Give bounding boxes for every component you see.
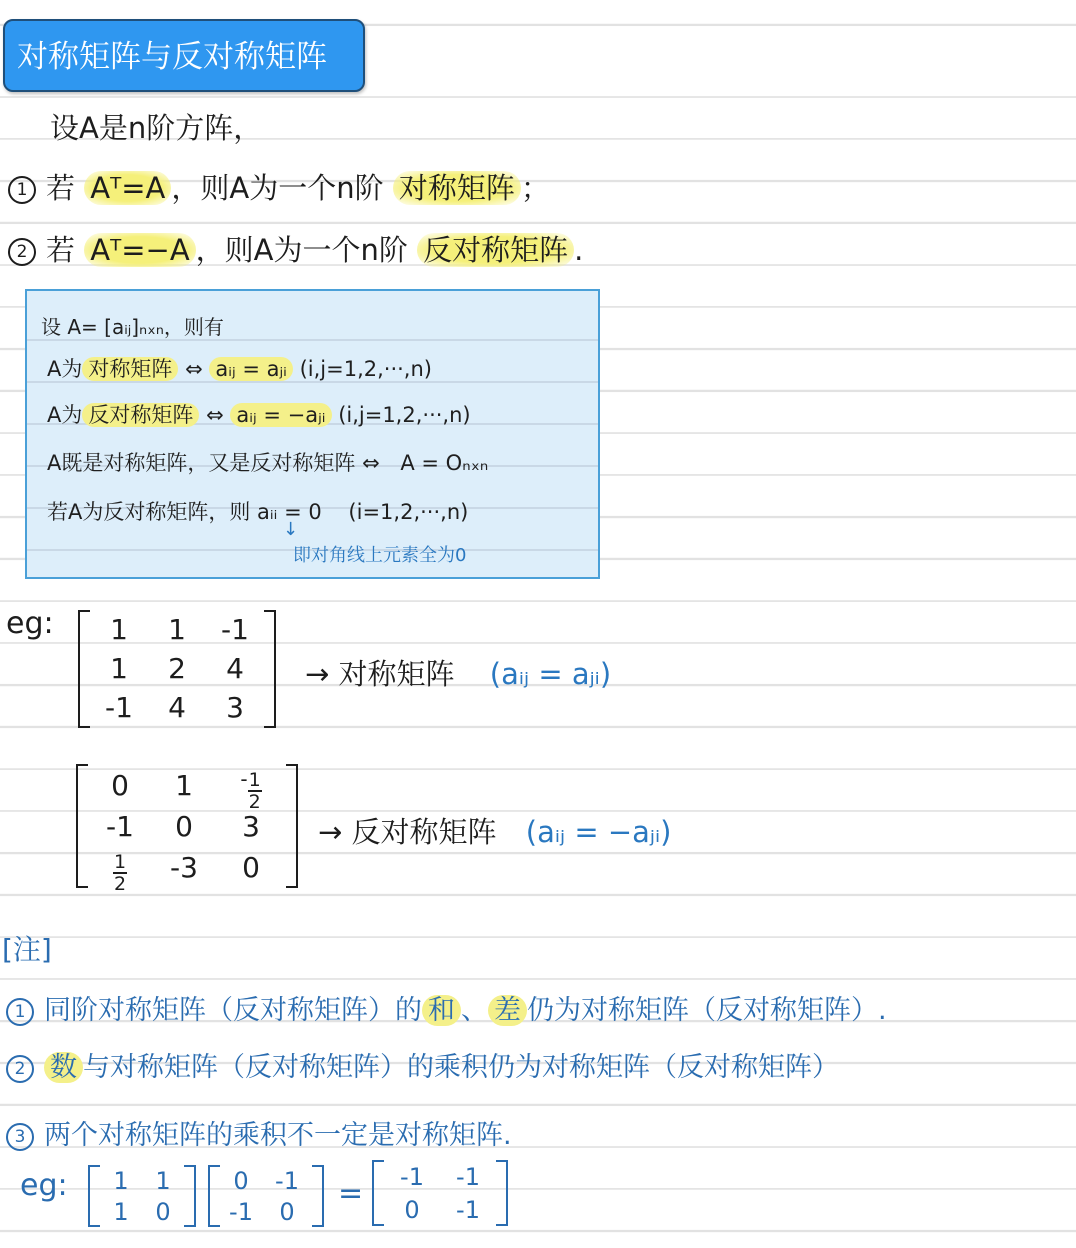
fraction: 12 [248,771,262,811]
highlight-term: 反对称矩阵 [417,233,574,267]
highlight-condition: aᵢⱼ = −aⱼᵢ [230,403,331,427]
matrix-grid: 1 1 -1 1 2 4 -1 4 3 [90,610,264,728]
separator: 、 [461,995,488,1026]
box-line-1: 设 A= [aᵢⱼ]ₙₓₙ，则有 [41,311,224,340]
iff-arrow-icon: ⇔ [362,451,380,475]
left-bracket [76,764,88,888]
matrix-m3: -1 -1 0 -1 [372,1160,508,1226]
highlight-term: 对称矩阵 [393,171,521,205]
note-text: 同阶对称矩阵（反对称矩阵）的 [44,995,422,1026]
matrix-cell: 0 [111,769,129,802]
def-suffix: . [574,233,583,267]
matrix-grid: 0 -1 -1 0 [220,1165,312,1227]
matrix-cell: -1 [106,810,134,843]
matrix-cell: 0 [155,1198,170,1226]
example-label: eg: [6,606,54,641]
note-item-3: 3两个对称矩阵的乘积不一定是对称矩阵. [6,1113,512,1152]
matrix-cell: 1 [175,769,193,802]
note-text: 仍为对称矩阵（反对称矩阵）. [527,995,887,1026]
matrix-cell: -1 [105,691,133,724]
symmetric-matrix: 1 1 -1 1 2 4 -1 4 3 [78,610,276,728]
text: A为 [47,357,82,381]
right-bracket [286,764,298,888]
antisymmetric-matrix: 0 1 -12 -1 0 3 12 -3 0 [76,764,298,888]
matrix-cell: -1 [400,1163,424,1191]
left-bracket [208,1165,220,1227]
matrix-cell: 2 [168,652,186,685]
text: 若A为反对称矩阵，则 aᵢᵢ = 0 [47,500,322,524]
highlight-sum: 和 [422,995,461,1026]
iff-arrow-icon: ⇔ [185,357,203,381]
text: A既是对称矩阵，又是反对称矩阵 [47,451,355,475]
highlight-term: 对称矩阵 [82,357,178,381]
definition-1: 1若 Aᵀ=A，则A为一个n阶 对称矩阵； [8,166,550,207]
theorem-box: 设 A= [aᵢⱼ]ₙₓₙ，则有 A为对称矩阵 ⇔ aᵢⱼ = aⱼᵢ (i,j… [25,289,600,579]
matrix-grid: 0 1 -12 -1 0 3 12 -3 0 [88,764,286,888]
box-line-2: A为对称矩阵 ⇔ aᵢⱼ = aⱼᵢ (i,j=1,2,···,n) [47,353,432,383]
antisymmetric-result: → 反对称矩阵 (aᵢⱼ = −aⱼᵢ) [318,810,671,851]
highlight-condition: Aᵀ=A [84,171,171,205]
def-suffix: ； [521,171,550,205]
page-title: 对称矩阵与反对称矩阵 [3,19,365,92]
matrix-cell: 3 [226,691,244,724]
right-bracket [184,1165,196,1227]
equals-sign: = [338,1176,363,1211]
right-bracket [264,610,276,728]
box-line-4: A既是对称矩阵，又是反对称矩阵 ⇔ A = Oₙₓₙ [47,447,488,477]
matrix-cell: -1 [221,613,249,646]
circled-number-3: 3 [6,1123,34,1151]
result-label: 对称矩阵 [339,657,455,691]
matrix-cell: 0 [233,1167,248,1195]
circled-number-2: 2 [8,238,36,266]
matrix-m2: 0 -1 -1 0 [208,1165,324,1227]
index-range: (i=1,2,···,n) [348,500,468,524]
matrix-cell: -1 [229,1198,253,1226]
circled-number-1: 1 [6,998,34,1026]
text: A为 [47,403,82,427]
left-bracket [78,610,90,728]
note-text: 两个对称矩阵的乘积不一定是对称矩阵. [44,1120,512,1151]
box-line-3: A为反对称矩阵 ⇔ aᵢⱼ = −aⱼᵢ (i,j=1,2,···,n) [47,399,471,429]
def-prefix: 若 [46,171,75,205]
matrix-cell: -3 [170,851,198,884]
notes-example-label: eg: [20,1168,68,1203]
matrix-cell-fraction: -12 [240,760,261,811]
right-arrow-icon: → [318,815,342,849]
symmetric-result: → 对称矩阵 (aᵢⱼ = aⱼᵢ) [305,652,611,693]
matrix-cell: -1 [456,1196,480,1224]
matrix-cell-fraction: 12 [113,842,127,893]
antisymmetric-condition-note: (aᵢⱼ = −aⱼᵢ) [526,815,672,849]
matrix-grid: -1 -1 0 -1 [384,1160,496,1226]
iff-arrow-icon: ⇔ [206,403,224,427]
right-arrow-icon: → [305,657,329,691]
index-range: (i,j=1,2,···,n) [338,403,470,427]
highlight-condition: Aᵀ=−A [84,233,195,267]
def-middle: ，则A为一个n阶 [196,233,408,267]
fraction: 12 [113,853,127,893]
highlight-condition: aᵢⱼ = aⱼᵢ [209,357,293,381]
matrix-cell: 0 [279,1198,294,1226]
matrix-cell: 0 [404,1196,419,1224]
matrix-cell: 0 [242,851,260,884]
matrix-grid: 1 1 1 0 [100,1165,184,1227]
def-prefix: 若 [46,233,75,267]
left-bracket [88,1165,100,1227]
matrix-cell: 1 [113,1167,128,1195]
intro-text: 设A是n阶方阵， [50,106,262,147]
matrix-cell: 4 [168,691,186,724]
zero-matrix-result: A = Oₙₓₙ [400,451,488,475]
definition-2: 2若 Aᵀ=−A，则A为一个n阶 反对称矩阵. [8,228,583,269]
def-middle: ，则A为一个n阶 [171,171,383,205]
highlight-term: 反对称矩阵 [82,403,199,427]
down-arrow-icon: ↓ [283,519,298,540]
symmetric-condition-note: (aᵢⱼ = aⱼᵢ) [490,657,611,691]
circled-number-2: 2 [6,1055,34,1083]
right-bracket [496,1160,508,1226]
matrix-cell: 1 [110,613,128,646]
note-item-2: 2数与对称矩阵（反对称矩阵）的乘积仍为对称矩阵（反对称矩阵） [6,1045,839,1084]
highlight-scalar: 数 [44,1052,83,1083]
notes-header: [注] [2,928,52,968]
note-item-1: 1同阶对称矩阵（反对称矩阵）的和、差仍为对称矩阵（反对称矩阵）. [6,988,887,1027]
highlight-difference: 差 [488,995,527,1026]
matrix-cell: 1 [110,652,128,685]
matrix-cell: 3 [242,810,260,843]
right-bracket [312,1165,324,1227]
index-range: (i,j=1,2,···,n) [300,357,432,381]
left-bracket [372,1160,384,1226]
result-label: 反对称矩阵 [352,815,497,849]
circled-number-1: 1 [8,176,36,204]
note-text: 与对称矩阵（反对称矩阵）的乘积仍为对称矩阵（反对称矩阵） [83,1052,839,1083]
matrix-cell: 4 [226,652,244,685]
matrix-cell: 0 [175,810,193,843]
matrix-cell: 1 [168,613,186,646]
matrix-cell: 1 [113,1198,128,1226]
diagonal-annotation: 即对角线上元素全为0 [293,541,466,567]
matrix-m1: 1 1 1 0 [88,1165,196,1227]
box-line-5: 若A为反对称矩阵，则 aᵢᵢ = 0 (i=1,2,···,n) [47,496,468,526]
matrix-cell: -1 [275,1167,299,1195]
matrix-cell: 1 [155,1167,170,1195]
matrix-cell: -1 [456,1163,480,1191]
